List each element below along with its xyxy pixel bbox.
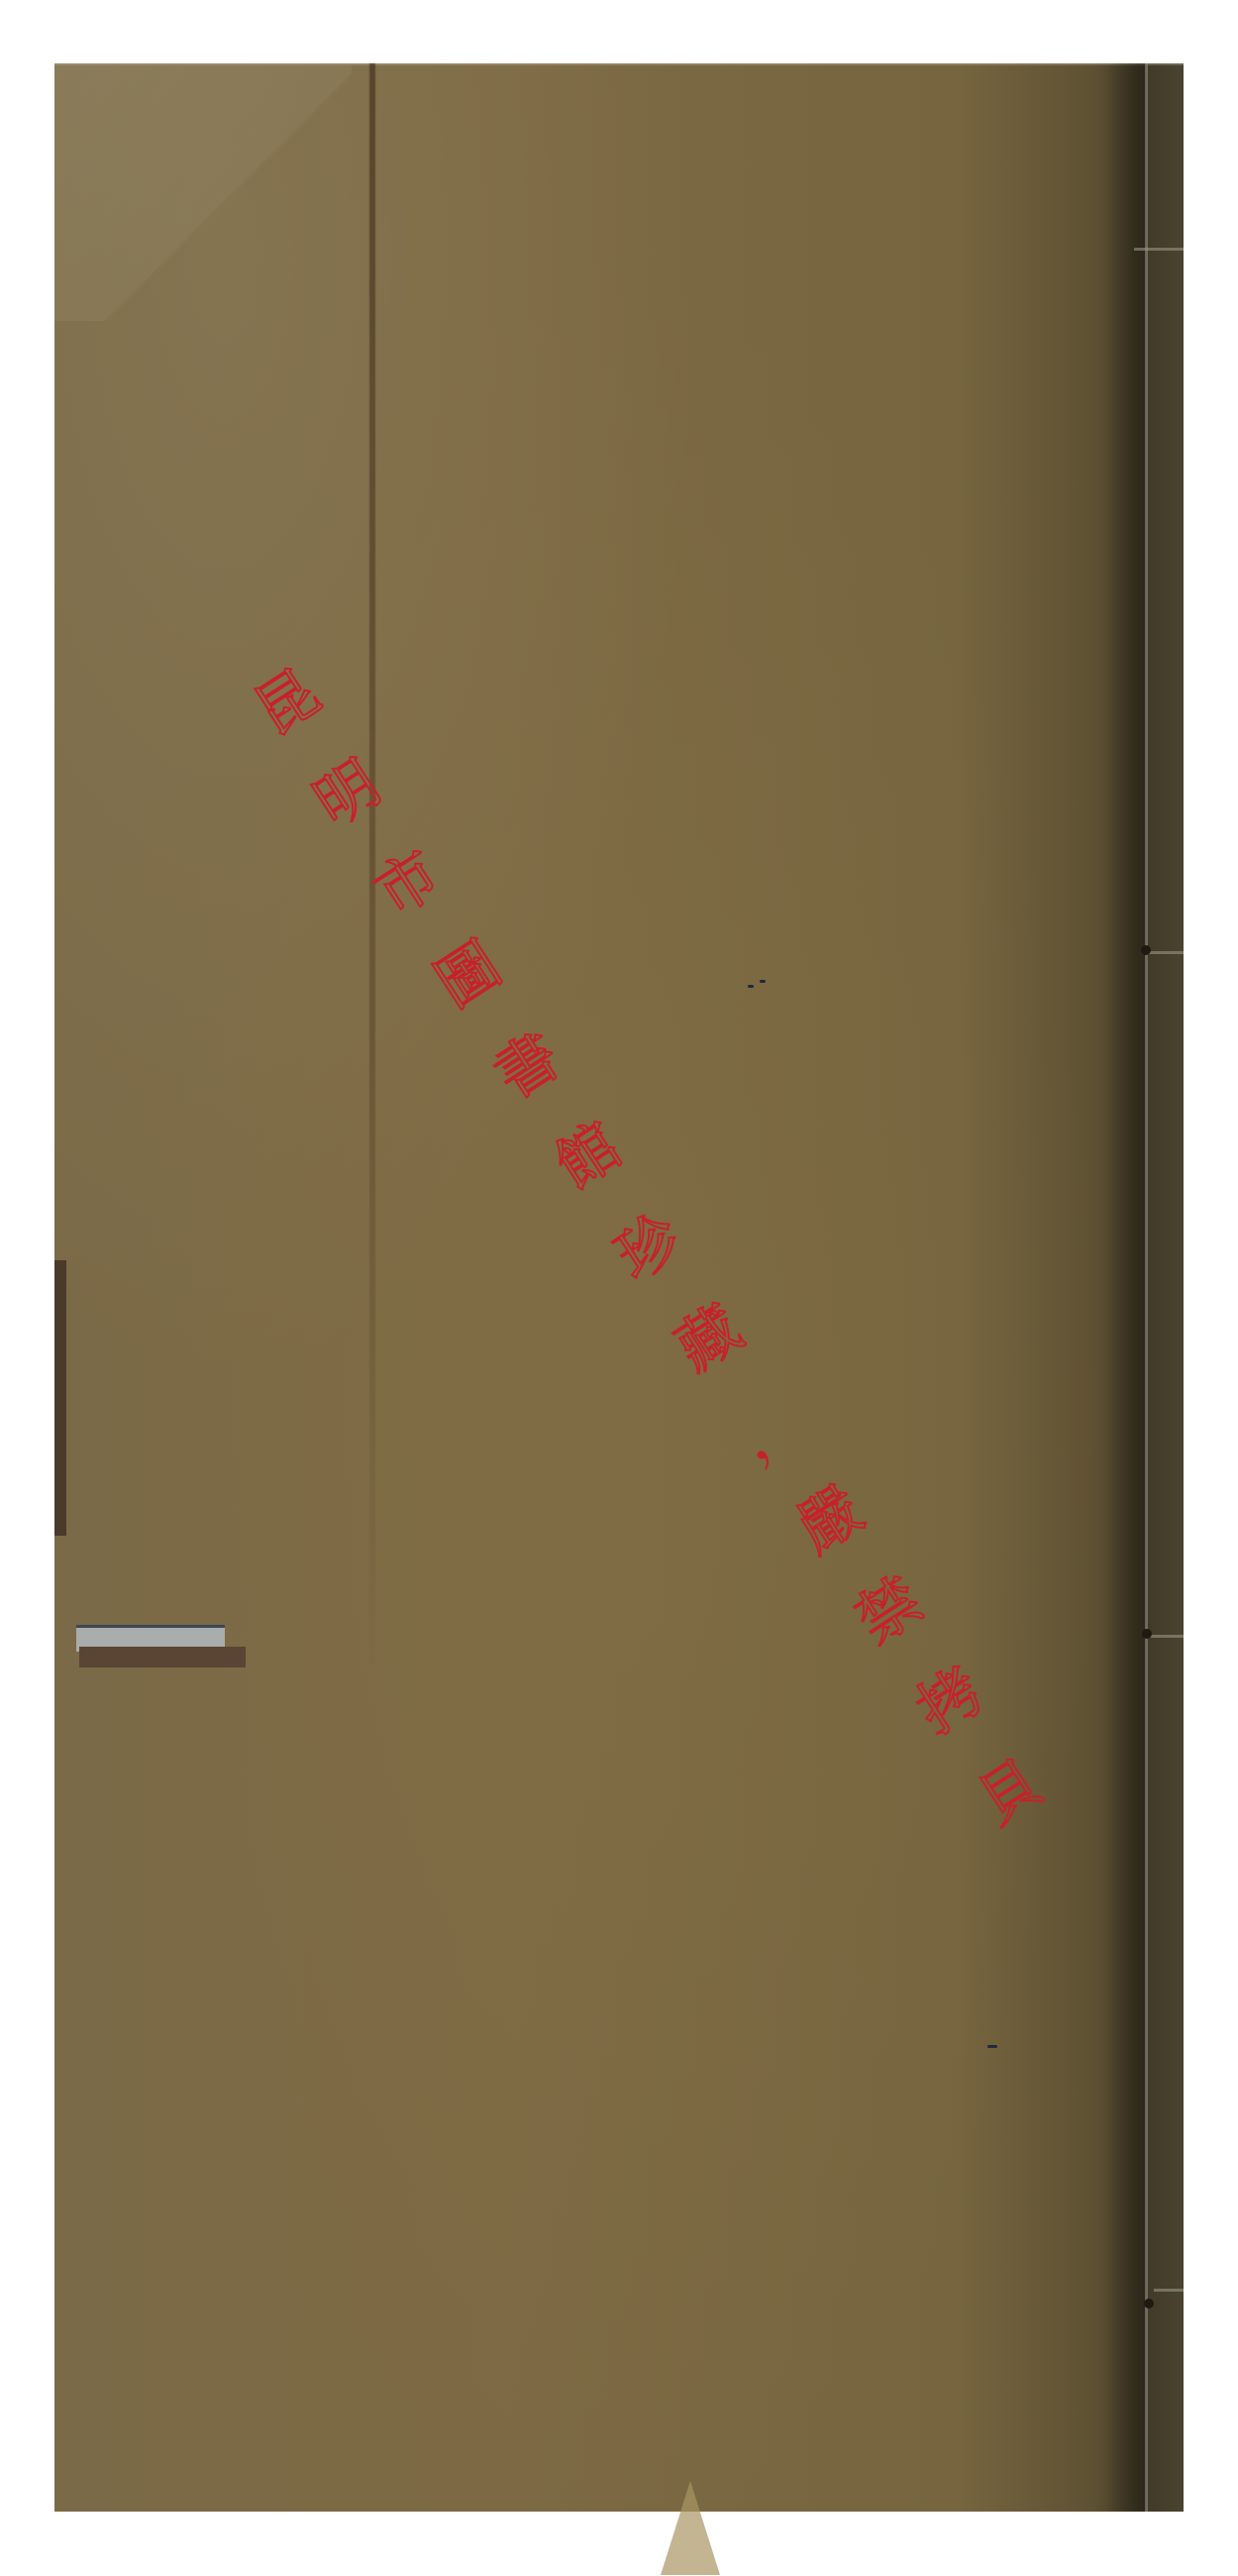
paper-flap	[661, 2481, 720, 2575]
stamp-character: 珍	[601, 1200, 697, 1296]
stamp-character: 嚴	[781, 1472, 877, 1568]
spine-shadow	[1106, 63, 1146, 2512]
stamp-character: 明	[299, 745, 395, 841]
edge-strip	[54, 1260, 66, 1536]
stamp-character: 拷	[902, 1654, 998, 1750]
binding-stitch	[1154, 2289, 1184, 2292]
book-cover: 昆明市圖書館珍藏，嚴禁拷貝	[54, 63, 1184, 2512]
ink-speck	[748, 985, 754, 988]
binding-stitch	[1134, 248, 1184, 251]
stamp-character: 貝	[963, 1745, 1059, 1841]
label-tab	[76, 1625, 247, 1669]
worn-corner	[54, 63, 352, 321]
stamp-character: 禁	[842, 1562, 938, 1659]
stamp-comma: ，	[721, 1381, 817, 1477]
binding-knot	[1141, 945, 1151, 955]
ink-speck	[987, 2045, 997, 2048]
ink-speck	[760, 980, 766, 983]
stamp-character: 館	[541, 1109, 637, 1205]
binding-knot	[1144, 2299, 1154, 2308]
stamp-character: 昆	[240, 655, 336, 751]
label-band	[79, 1647, 246, 1667]
stamp-character: 圖	[420, 927, 516, 1023]
binding-knot	[1142, 1629, 1152, 1639]
stamp-character: 藏	[661, 1290, 757, 1386]
binding-thread	[1145, 63, 1148, 2512]
stamp-character: 書	[480, 1018, 576, 1114]
